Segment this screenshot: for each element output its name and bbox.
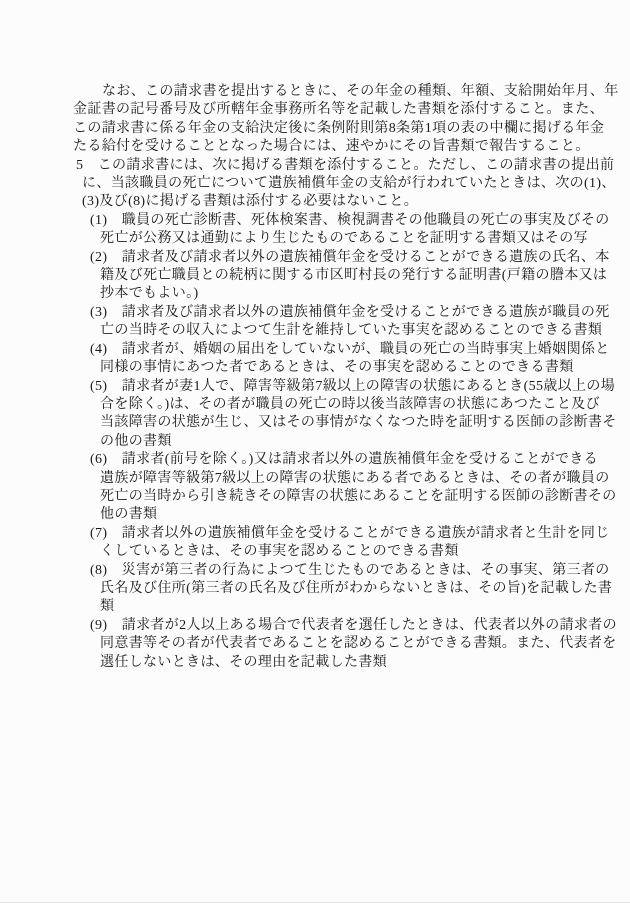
document-line: 籍及び死亡職員との続柄に関する市区町村長の発行する証明書(戸籍の謄本又は xyxy=(73,267,575,285)
document-line: 死亡の当時から引き続きその障害の状態にあることを証明する医師の診断書その xyxy=(73,488,575,506)
document-line: くしているときは、その事実を認めることのできる書類 xyxy=(73,543,575,561)
document-line: 選任しないときは、その理由を記載した書類 xyxy=(73,654,575,672)
document-line: 5 この請求書には、次に掲げる書類を添付すること。ただし、この請求書の提出前 xyxy=(73,157,575,175)
document-line: (2) 請求者及び請求者以外の遺族補償年金を受けることができる遺族の氏名、本 xyxy=(73,249,575,267)
subitem-9: (9) 請求者が2人以上ある場合で代表者を選任したときは、代表者以外の請求者の … xyxy=(73,617,575,672)
subitem-8: (8) 災害が第三者の行為によつて生じたものであるときは、その事実、第三者の 氏… xyxy=(73,562,575,617)
document-line: (1) 職員の死亡診断書、死体検案書、検視調書その他職員の死亡の事実及びその xyxy=(73,212,575,230)
document-line: なお、この請求書を提出するときに、その年金の種類、年額、支給開始年月、年 xyxy=(73,83,575,101)
document-line: たる給付を受けることとなった場合には、速やかにその旨書類で報告すること。 xyxy=(73,138,575,156)
document-line: この請求書に係る年金の支給決定後に条例附則第8条第1項の表の中欄に掲げる年金 xyxy=(73,120,575,138)
document-line: (3) 請求者及び請求者以外の遺族補償年金を受けることができる遺族が職員の死 xyxy=(73,304,575,322)
subitem-7: (7) 請求者以外の遺族補償年金を受けることができる遺族が請求者と生計を同じ く… xyxy=(73,525,575,562)
subitem-4: (4) 請求者が、婚姻の届出をしていないが、職員の死亡の当時事実上婚姻関係と 同… xyxy=(73,341,575,378)
document-line: (7) 請求者以外の遺族補償年金を受けることができる遺族が請求者と生計を同じ xyxy=(73,525,575,543)
document-line: 亡の当時その収入によつて生計を維持していた事実を認めることのできる書類 xyxy=(73,322,575,340)
item-5: 5 この請求書には、次に掲げる書類を添付すること。ただし、この請求書の提出前 に… xyxy=(73,157,575,212)
subitem-5: (5) 請求者が妻1人で、障害等級第7級以上の障害の状態にあるとき(55歳以上の… xyxy=(73,378,575,452)
document-line: 抄本でもよい。) xyxy=(73,285,575,303)
document-line: に、当該職員の死亡について遺族補償年金の支給が行われていたときは、次の(1)、 xyxy=(73,175,575,193)
document-line: 当該障害の状態が生じ、又はその事情がなくなつた時を証明する医師の診断書そ xyxy=(73,414,575,432)
document-line: 他の書類 xyxy=(73,506,575,524)
document-line: 氏名及び住所(第三者の氏名及び住所がわからないときは、その旨)を記載した書 xyxy=(73,580,575,598)
document-line: 死亡が公務又は通勤により生じたものであることを証明する書類又はその写 xyxy=(73,230,575,248)
document-line: 遺族が障害等級第7級以上の障害の状態にある者であるときは、その者が職員の xyxy=(73,470,575,488)
document-page: なお、この請求書を提出するときに、その年金の種類、年額、支給開始年月、年 金証書… xyxy=(0,0,630,903)
document-line: 金証書の記号番号及び所轄年金事務所名等を記載した書類を添付すること。また、 xyxy=(73,101,575,119)
document-line: (5) 請求者が妻1人で、障害等級第7級以上の障害の状態にあるとき(55歳以上の… xyxy=(73,378,575,396)
subitem-3: (3) 請求者及び請求者以外の遺族補償年金を受けることができる遺族が職員の死 亡… xyxy=(73,304,575,341)
subitem-2: (2) 請求者及び請求者以外の遺族補償年金を受けることができる遺族の氏名、本 籍… xyxy=(73,249,575,304)
document-line: (8) 災害が第三者の行為によつて生じたものであるときは、その事実、第三者の xyxy=(73,562,575,580)
document-line: (6) 請求者(前号を除く。)又は請求者以外の遺族補償年金を受けることができる xyxy=(73,451,575,469)
subitem-1: (1) 職員の死亡診断書、死体検案書、検視調書その他職員の死亡の事実及びその 死… xyxy=(73,212,575,249)
note-paragraph: なお、この請求書を提出するときに、その年金の種類、年額、支給開始年月、年 金証書… xyxy=(73,83,575,157)
document-line: の他の書類 xyxy=(73,433,575,451)
document-line: 合を除く。)は、その者が職員の死亡の時以後当該障害の状態にあつたこと及び xyxy=(73,396,575,414)
subitem-6: (6) 請求者(前号を除く。)又は請求者以外の遺族補償年金を受けることができる … xyxy=(73,451,575,525)
document-line: 同意書等その者が代表者であることを認めることができる書類。また、代表者を xyxy=(73,635,575,653)
document-line: 同様の事情にあつた者であるときは、その事実を認めることのできる書類 xyxy=(73,359,575,377)
document-line: (3)及び(8)に掲げる書類は添付する必要はないこと。 xyxy=(73,193,575,211)
document-line: (9) 請求者が2人以上ある場合で代表者を選任したときは、代表者以外の請求者の xyxy=(73,617,575,635)
document-line: (4) 請求者が、婚姻の届出をしていないが、職員の死亡の当時事実上婚姻関係と xyxy=(73,341,575,359)
document-line: 類 xyxy=(73,598,575,616)
